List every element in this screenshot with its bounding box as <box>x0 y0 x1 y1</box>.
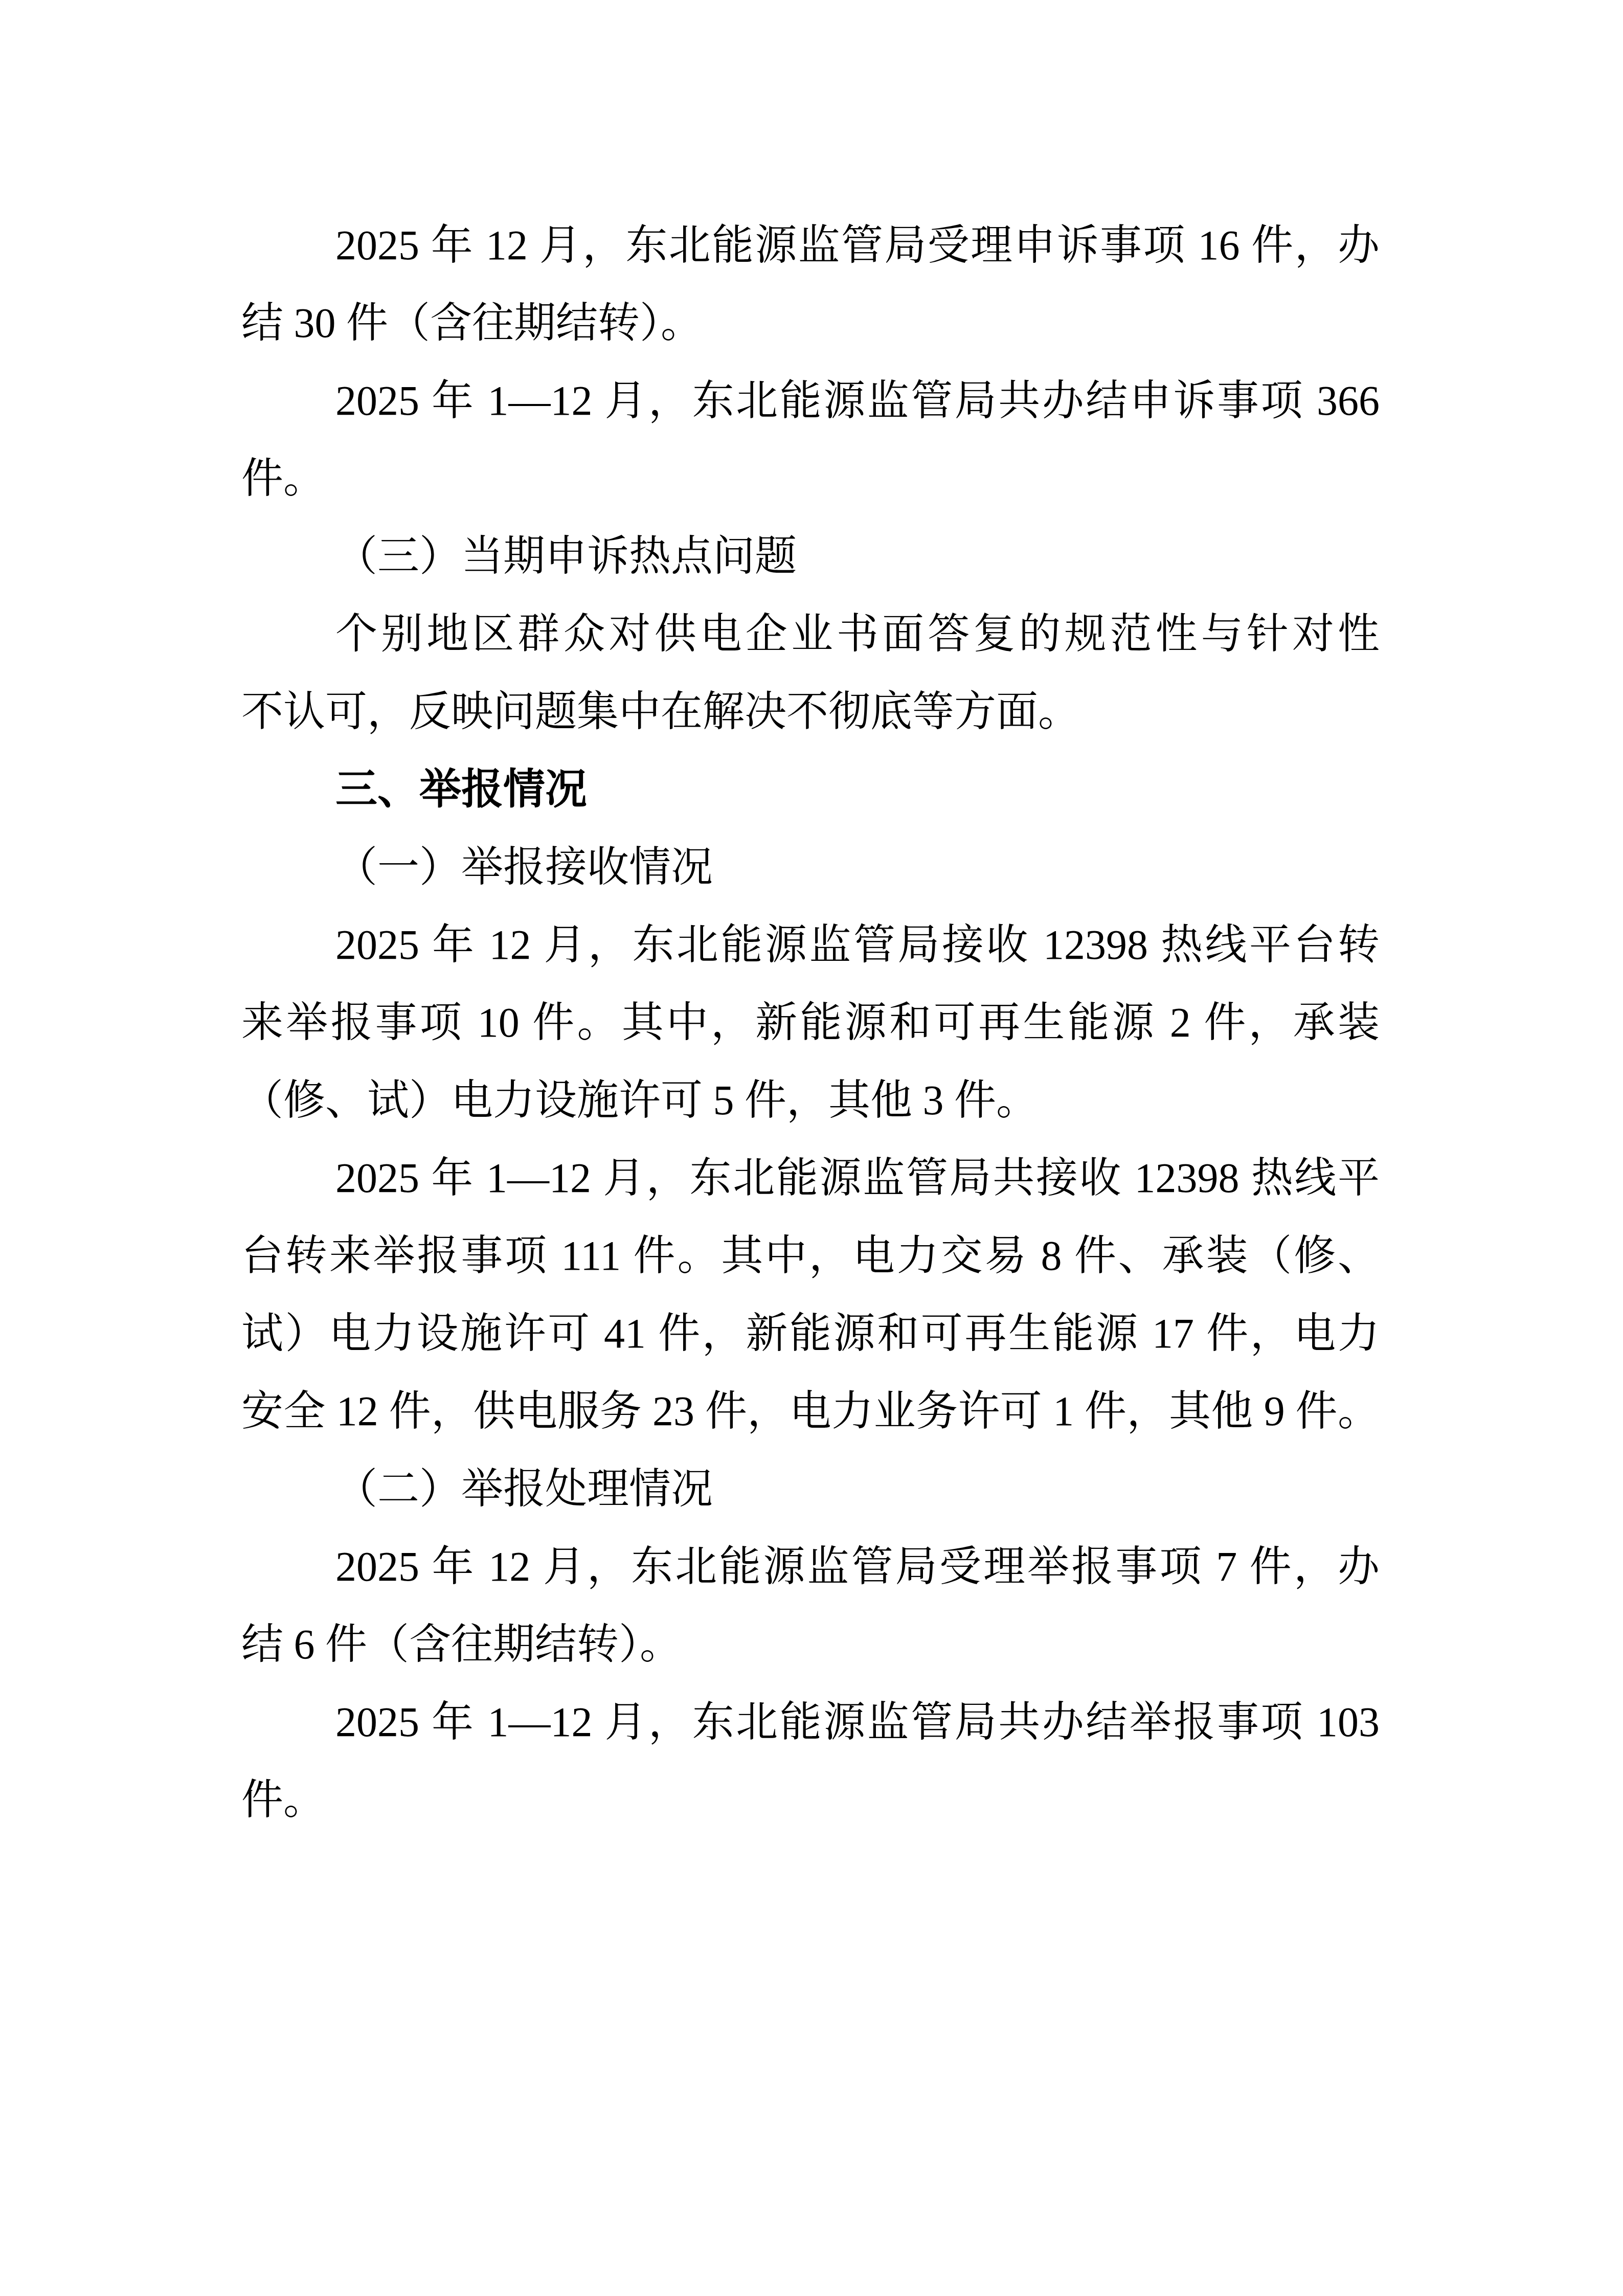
text-line: 安全 12 件，供电服务 23 件，电力业务许可 1 件，其他 9 件。 <box>241 1372 1380 1450</box>
text-line: 台转来举报事项 111 件。其中，电力交易 8 件、承装（修、 <box>241 1217 1380 1295</box>
text-line: 来举报事项 10 件。其中，新能源和可再生能源 2 件，承装 <box>241 984 1380 1062</box>
paragraph: 2025 年 12 月，东北能源监管局受理申诉事项 16 件，办 结 30 件（… <box>241 207 1380 362</box>
paragraph: 2025 年 1—12 月，东北能源监管局共接收 12398 热线平 台转来举报… <box>241 1139 1380 1450</box>
text-line: 结 6 件（含往期结转）。 <box>241 1606 1380 1683</box>
text-line: 试）电力设施许可 41 件，新能源和可再生能源 17 件，电力 <box>241 1295 1380 1372</box>
text-line: 2025 年 1—12 月，东北能源监管局共办结申诉事项 366 <box>241 362 1380 440</box>
text-line: 2025 年 12 月，东北能源监管局受理举报事项 7 件，办 <box>241 1528 1380 1606</box>
text-line: 件。 <box>241 1761 1380 1839</box>
text-line: 2025 年 12 月，东北能源监管局受理申诉事项 16 件，办 <box>241 207 1380 284</box>
text-line: 不认可，反映问题集中在解决不彻底等方面。 <box>241 673 1380 751</box>
text-line: （修、试）电力设施许可 5 件，其他 3 件。 <box>241 1062 1380 1139</box>
document-page: 2025 年 12 月，东北能源监管局受理申诉事项 16 件，办 结 30 件（… <box>0 0 1623 2296</box>
paragraph: （一）举报接收情况 <box>241 828 1380 906</box>
paragraph: 2025 年 12 月，东北能源监管局受理举报事项 7 件，办 结 6 件（含往… <box>241 1528 1380 1683</box>
section-heading: 三、举报情况 <box>241 751 1380 828</box>
subsection-heading: （一）举报接收情况 <box>241 828 1380 906</box>
paragraph: 三、举报情况 <box>241 751 1380 828</box>
paragraph: （二）举报处理情况 <box>241 1450 1380 1528</box>
paragraph: 个别地区群众对供电企业书面答复的规范性与针对性 不认可，反映问题集中在解决不彻底… <box>241 595 1380 751</box>
text-line: 个别地区群众对供电企业书面答复的规范性与针对性 <box>241 595 1380 673</box>
paragraph: （三）当期申诉热点问题 <box>241 517 1380 595</box>
text-line: 2025 年 1—12 月，东北能源监管局共办结举报事项 103 <box>241 1683 1380 1761</box>
text-line: 件。 <box>241 440 1380 517</box>
paragraph: 2025 年 12 月，东北能源监管局接收 12398 热线平台转 来举报事项 … <box>241 906 1380 1139</box>
document-text-block: 2025 年 12 月，东北能源监管局受理申诉事项 16 件，办 结 30 件（… <box>241 207 1380 1839</box>
text-line: 2025 年 12 月，东北能源监管局接收 12398 热线平台转 <box>241 906 1380 984</box>
text-line: 2025 年 1—12 月，东北能源监管局共接收 12398 热线平 <box>241 1139 1380 1217</box>
paragraph: 2025 年 1—12 月，东北能源监管局共办结申诉事项 366 件。 <box>241 362 1380 517</box>
text-line: 结 30 件（含往期结转）。 <box>241 284 1380 362</box>
paragraph: 2025 年 1—12 月，东北能源监管局共办结举报事项 103 件。 <box>241 1683 1380 1839</box>
subsection-heading: （二）举报处理情况 <box>241 1450 1380 1528</box>
subsection-heading: （三）当期申诉热点问题 <box>241 517 1380 595</box>
